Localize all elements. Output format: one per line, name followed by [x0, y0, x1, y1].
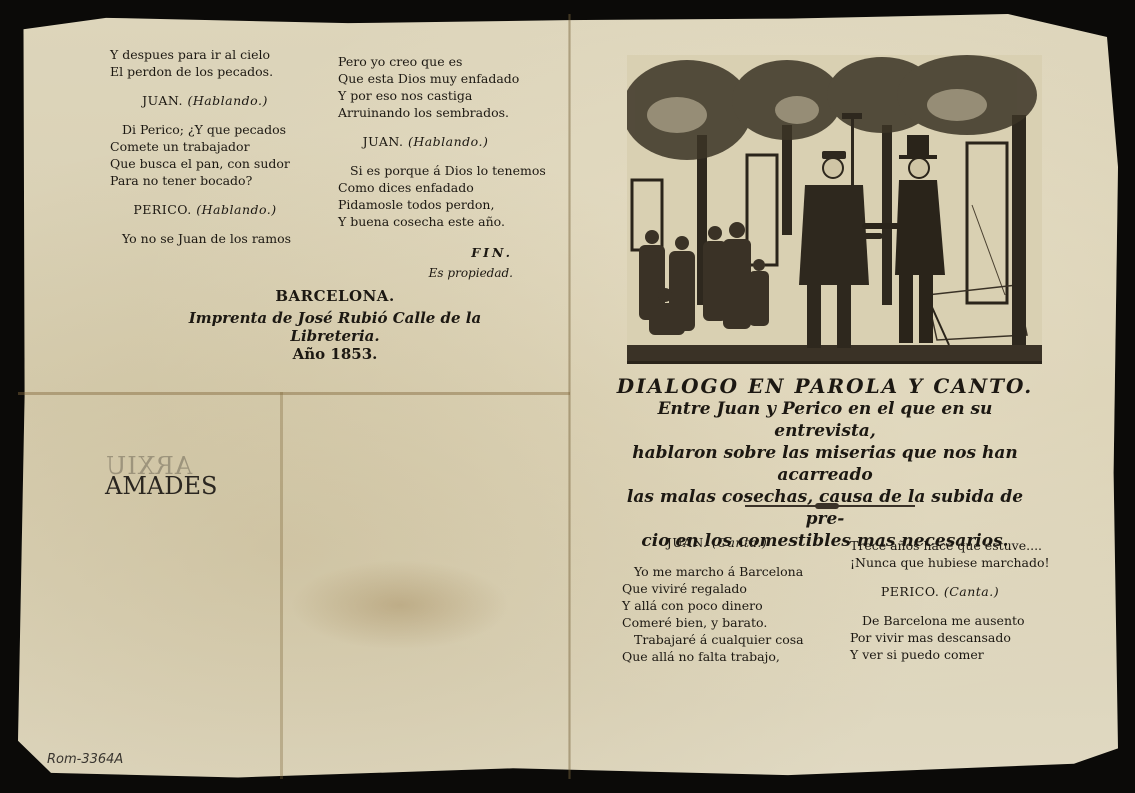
shelfmark: Rom-3364A	[47, 752, 123, 767]
center-fold	[568, 14, 571, 779]
verse-line: Y buena cosecha este año.	[338, 213, 513, 230]
horizontal-fold	[18, 392, 570, 395]
imprint-city: BARCELONA.	[150, 287, 520, 305]
property-notice: Es propiedad.	[338, 265, 513, 282]
woodcut-illustration-icon	[627, 55, 1042, 364]
verse-line: Y por eso nos castiga	[338, 87, 513, 104]
water-stain	[290, 560, 510, 650]
verse-line: Trece años hace que estuve....	[850, 537, 1030, 554]
document-title: DIALOGO EN PAROLA Y CANTO.	[615, 374, 1035, 398]
verse-line: Que viviré regalado	[622, 580, 812, 597]
verse-line: Trabajaré á cualquier cosa	[622, 631, 812, 648]
speaker-heading: PERICO. (Hablando.)	[110, 201, 300, 218]
speaker-heading: JUAN. (Hablando.)	[338, 133, 513, 150]
verse-line: Y allá con poco dinero	[622, 597, 812, 614]
verse-line: Di Perico; ¿Y que pecados	[110, 121, 300, 138]
imprint-printer: Imprenta de José Rubió Calle de la Libre…	[150, 309, 520, 345]
left-column-2: Pero yo creo que es Que esta Dios muy en…	[338, 53, 513, 282]
verse-line: Y ver si puedo comer	[850, 646, 1030, 663]
right-column-2: Trece años hace que estuve.... ¡Nunca qu…	[850, 537, 1030, 663]
verse-line: Yo no se Juan de los ramos	[110, 230, 300, 247]
verse-line: Por vivir mas descansado	[850, 629, 1030, 646]
verse-line: Arruinando los sembrados.	[338, 104, 513, 121]
speaker-heading: JUAN. (Hablando.)	[110, 92, 300, 109]
subtitle-line: hablaron sobre las miserias que nos han …	[615, 442, 1035, 486]
verse-line: De Barcelona me ausento	[850, 612, 1030, 629]
verse-line: Que esta Dios muy enfadado	[338, 70, 513, 87]
speaker-heading: PERICO. (Canta.)	[850, 583, 1030, 600]
ornamental-divider	[745, 505, 915, 507]
verse-line: Que allá no falta trabajo,	[622, 648, 812, 665]
verse-line: Yo me marcho á Barcelona	[622, 563, 812, 580]
subtitle-line: Entre Juan y Perico en el que en su entr…	[615, 398, 1035, 442]
quarter-fold	[280, 392, 283, 779]
fin-mark: FIN.	[338, 244, 513, 261]
imprint: BARCELONA. Imprenta de José Rubió Calle …	[150, 287, 520, 363]
right-column-1: JUAN. (Canta.) Yo me marcho á Barcelona …	[622, 526, 812, 665]
verse-line: El perdon de los pecados.	[110, 63, 300, 80]
archive-stamp: ARXIU AMADES	[105, 452, 217, 500]
stamp-line-1: ARXIU	[105, 452, 192, 480]
verse-line: Para no tener bocado?	[110, 172, 300, 189]
verse-line: Si es porque á Dios lo tenemos	[338, 162, 513, 179]
verse-line: Comeré bien, y barato.	[622, 614, 812, 631]
left-column-1: Y despues para ir al cielo El perdon de …	[110, 46, 300, 247]
verse-line: ¡Nunca que hubiese marchado!	[850, 554, 1030, 571]
verse-line: Pero yo creo que es	[338, 53, 513, 70]
verse-line: Que busca el pan, con sudor	[110, 155, 300, 172]
verse-line: Comete un trabajador	[110, 138, 300, 155]
verse-line: Pidamosle todos perdon,	[338, 196, 513, 213]
speaker-heading: JUAN. (Canta.)	[622, 534, 812, 551]
verse-line: Como dices enfadado	[338, 179, 513, 196]
verse-line: Y despues para ir al cielo	[110, 46, 300, 63]
imprint-year: Año 1853.	[150, 345, 520, 363]
